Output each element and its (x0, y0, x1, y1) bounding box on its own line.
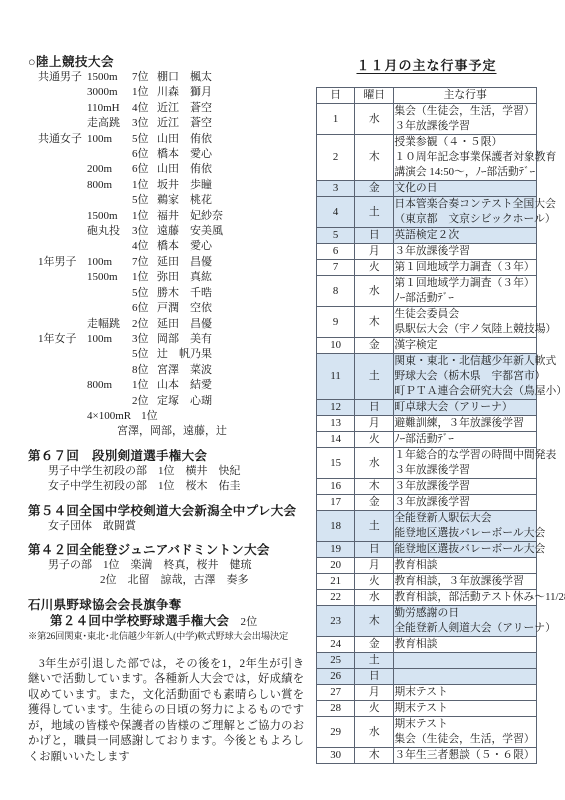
result-row: 1年男子100m7位延田 昌優 (28, 255, 306, 270)
schedule-row: 29水期末テスト集会（生徒会，生活，学習） (317, 717, 537, 748)
events-cell: 期末テスト (394, 685, 537, 701)
event-cell (87, 301, 132, 316)
header-day: 日 (317, 88, 355, 104)
rank-cell: 5位 (132, 286, 157, 301)
result-row: 2位定塚 心瑚 (28, 394, 306, 409)
event-line: 生徒会委員会 (394, 307, 536, 322)
result-row: 共通男子1500m7位棚口 楓太 (28, 70, 306, 85)
event-line: 文化の日 (394, 181, 536, 196)
rank-cell: 6位 (132, 301, 157, 316)
result-row: 1年女子100m3位岡部 美有 (28, 332, 306, 347)
result-row: 1500m1位福井 妃紗奈 (28, 209, 306, 224)
schedule-row: 13月避難訓練，３年放課後学習 (317, 416, 537, 432)
event-line: 英語検定２次 (394, 228, 536, 243)
name-cell: 山本 結愛 (157, 378, 306, 393)
event-cell: 100m (87, 132, 132, 147)
events-cell: 生徒会委員会県駅伝大会（宇ノ気陸上競技場） (394, 307, 537, 338)
weekday-cell: 水 (355, 104, 394, 135)
event-cell: 走高跳 (87, 116, 132, 131)
weekday-cell: 金 (355, 637, 394, 653)
rank-cell: 5位 (132, 193, 157, 208)
schedule-header-row: 日 曜日 主な行事 (317, 88, 537, 104)
name-cell: 戸潤 空依 (157, 301, 306, 316)
newsletter-page: ○陸上競技大会 共通男子1500m7位棚口 楓太3000m1位川森 獅月110m… (0, 0, 565, 800)
result-row: 1500m1位弥田 真紘 (28, 270, 306, 285)
day-cell: 18 (317, 511, 355, 542)
weekday-cell: 月 (355, 244, 394, 260)
day-cell: 22 (317, 590, 355, 606)
result-row: 4位橋本 愛心 (28, 239, 306, 254)
rank-cell: 7位 (132, 255, 157, 270)
day-cell: 7 (317, 260, 355, 276)
weekday-cell: 木 (355, 479, 394, 495)
section-kendo-niigata: 第５４回全国中学校剣道大会新潟全中プレ大会 女子団体 敢闘賞 (28, 503, 306, 534)
name-cell: 弥田 真紘 (157, 270, 306, 285)
events-cell: 関東・東北・北信越少年新人軟式野球大会（栃木県 宇都宮市）町ＰＴＡ連合会研究大会… (394, 354, 537, 400)
event-cell: 800m (87, 378, 132, 393)
event-cell (87, 394, 132, 409)
group-cell (38, 301, 87, 316)
rank-cell: 7位 (132, 70, 157, 85)
name-cell: 近江 蒼空 (157, 101, 306, 116)
event-line: 野球大会（栃木県 宇都宮市） (394, 369, 536, 384)
group-cell: 共通女子 (38, 132, 87, 147)
group-cell: 共通男子 (38, 70, 87, 85)
weekday-cell: 月 (355, 558, 394, 574)
events-cell: 期末テスト集会（生徒会，生活，学習） (394, 717, 537, 748)
day-cell: 23 (317, 606, 355, 637)
schedule-row: 20月教育相談 (317, 558, 537, 574)
schedule-row: 26日 (317, 669, 537, 685)
group-cell (38, 378, 87, 393)
baseball-note: ※第26回関東･東北･北信越少年新人(中学)軟式野球大会出場決定 (28, 630, 306, 644)
event-line: 集会（生徒会，生活，学習） (394, 732, 536, 747)
event-line: １０周年記念事業保護者対象教育 (394, 150, 536, 165)
events-cell: １年総合的な学習の時間中間発表３年放課後学習 (394, 448, 537, 479)
schedule-table: 日 曜日 主な行事 1水集会（生徒会，生活，学習）３年放課後学習2木授業参観（４… (316, 87, 537, 764)
schedule-row: 9木生徒会委員会県駅伝大会（宇ノ気陸上競技場） (317, 307, 537, 338)
event-cell: 砲丸投 (87, 224, 132, 239)
result-row: 5位勝木 千晧 (28, 286, 306, 301)
event-cell: 200m (87, 162, 132, 177)
rank-cell: 2位 (132, 394, 157, 409)
weekday-cell: 金 (355, 338, 394, 354)
name-cell: 定塚 心瑚 (157, 394, 306, 409)
events-cell: 第１回地域学力調査（３年） (394, 260, 537, 276)
event-line: １年総合的な学習の時間中間発表 (394, 448, 536, 463)
schedule-row: 14火ﾉｰ部活動ﾃﾞｰ (317, 432, 537, 448)
name-cell: 延田 昌優 (157, 255, 306, 270)
group-cell (38, 347, 87, 362)
rank-cell: 1位 (132, 85, 157, 100)
result-row: 走幅跳2位延田 昌優 (28, 317, 306, 332)
weekday-cell: 水 (355, 717, 394, 748)
weekday-cell: 木 (355, 135, 394, 181)
day-cell: 13 (317, 416, 355, 432)
result-row: 5位辻 帆乃果 (28, 347, 306, 362)
schedule-row: 2木授業参観（４・５限）１０周年記念事業保護者対象教育講演会 14:50～，ﾉｰ… (317, 135, 537, 181)
name-cell: 岡部 美有 (157, 332, 306, 347)
event-line: 教育相談 (394, 558, 536, 573)
event-line: 町卓球大会（アリーナ） (394, 400, 536, 415)
rank-cell: 4位 (132, 239, 157, 254)
name-cell: 遠藤 安美風 (157, 224, 306, 239)
event-cell (87, 239, 132, 254)
rank-cell: 3位 (132, 332, 157, 347)
event-cell: 1500m (87, 270, 132, 285)
rank-cell: 5位 (132, 347, 157, 362)
schedule-row: 24金教育相談 (317, 637, 537, 653)
event-cell (87, 286, 132, 301)
events-cell: 英語検定２次 (394, 228, 537, 244)
day-cell: 3 (317, 181, 355, 197)
group-cell: 1年男子 (38, 255, 87, 270)
event-line: 期末テスト (394, 701, 536, 716)
schedule-column: １１月の主な行事予定 日 曜日 主な行事 1水集会（生徒会，生活，学習）３年放課… (316, 56, 537, 764)
day-cell: 25 (317, 653, 355, 669)
result-row: 800m1位坂井 歩瞳 (28, 178, 306, 193)
event-line: （東京都 文京シビックホール） (394, 212, 536, 227)
events-cell: ３年放課後学習 (394, 244, 537, 260)
name-cell: 辻 帆乃果 (157, 347, 306, 362)
events-cell: 全能登新人駅伝大会能登地区選抜バレーボール大会 (394, 511, 537, 542)
result-line: 男子の部 1位 楽満 柊真，桜井 健琉 (28, 558, 306, 573)
events-cell: 教育相談 (394, 637, 537, 653)
schedule-row: 3金文化の日 (317, 181, 537, 197)
schedule-row: 16木３年放課後学習 (317, 479, 537, 495)
group-cell (38, 363, 87, 378)
day-cell: 15 (317, 448, 355, 479)
section-kendo-dan: 第６７回 段別剣道選手権大会 男子中学生初段の部 1位 横井 快紀 女子中学生初… (28, 448, 306, 495)
event-line: 全能登新人駅伝大会 (394, 511, 536, 526)
result-row: 3000m1位川森 獅月 (28, 85, 306, 100)
header-events: 主な行事 (394, 88, 537, 104)
schedule-row: 30木３年生三者懇談（５・６限） (317, 748, 537, 764)
event-line: ３年放課後学習 (394, 244, 536, 259)
rank-cell: 1位 (132, 209, 157, 224)
weekday-cell: 月 (355, 416, 394, 432)
result-line: 男子中学生初段の部 1位 横井 快紀 (28, 464, 306, 479)
event-cell: 1500m (87, 209, 132, 224)
athletics-heading: ○陸上競技大会 (28, 54, 306, 70)
event-line: 全能登新人剣道大会（アリーナ） (394, 621, 536, 636)
day-cell: 5 (317, 228, 355, 244)
schedule-row: 10金漢字検定 (317, 338, 537, 354)
schedule-row: 17金３年放課後学習 (317, 495, 537, 511)
event-line: 県駅伝大会（宇ノ気陸上競技場） (394, 322, 536, 337)
schedule-row: 8水第１回地域学力調査（３年）ﾉｰ部活動ﾃﾞｰ (317, 276, 537, 307)
event-line: ３年生三者懇談（５・６限） (394, 748, 536, 763)
events-cell (394, 653, 537, 669)
events-cell: 集会（生徒会，生活，学習）３年放課後学習 (394, 104, 537, 135)
event-line: 第１回地域学力調査（３年） (394, 260, 536, 275)
schedule-title: １１月の主な行事予定 (316, 56, 537, 76)
events-cell: 勤労感謝の日全能登新人剣道大会（アリーナ） (394, 606, 537, 637)
day-cell: 27 (317, 685, 355, 701)
weekday-cell: 水 (355, 448, 394, 479)
name-cell: 鵜家 桃花 (157, 193, 306, 208)
rank-cell: 8位 (132, 363, 157, 378)
section-badminton: 第４２回全能登ジュニアバドミントン大会 男子の部 1位 楽満 柊真，桜井 健琉 … (28, 542, 306, 589)
event-line: 能登地区選抜バレーボール大会 (394, 526, 536, 541)
day-cell: 8 (317, 276, 355, 307)
event-cell (87, 193, 132, 208)
result-row: 110mH4位近江 蒼空 (28, 101, 306, 116)
name-cell: 棚口 楓太 (157, 70, 306, 85)
rank-cell: 1位 (132, 178, 157, 193)
day-cell: 24 (317, 637, 355, 653)
result-line: 女子中学生初段の部 1位 桜木 佑圭 (28, 479, 306, 494)
day-cell: 17 (317, 495, 355, 511)
event-cell (87, 147, 132, 162)
events-cell: 文化の日 (394, 181, 537, 197)
result-row: 200m6位山田 侑依 (28, 162, 306, 177)
result-line: 2位 北留 諒哉，古澤 奏多 (28, 573, 306, 588)
result-row: 6位橋本 愛心 (28, 147, 306, 162)
schedule-row: 6月３年放課後学習 (317, 244, 537, 260)
group-cell (38, 224, 87, 239)
event-line: ３年放課後学習 (394, 479, 536, 494)
event-line: ﾉｰ部活動ﾃﾞｰ (394, 291, 536, 306)
event-line: ３年放課後学習 (394, 495, 536, 510)
athletics-results: 共通男子1500m7位棚口 楓太3000m1位川森 獅月110mH4位近江 蒼空… (28, 70, 306, 409)
events-cell: 教育相談，３年放課後学習 (394, 574, 537, 590)
baseball-tournament-name: 第２４回中学校野球選手権大会 (50, 614, 229, 628)
name-cell: 勝木 千晧 (157, 286, 306, 301)
schedule-row: 18土全能登新人駅伝大会能登地区選抜バレーボール大会 (317, 511, 537, 542)
event-cell: 3000m (87, 85, 132, 100)
day-cell: 16 (317, 479, 355, 495)
result-row: 共通女子100m5位山田 侑依 (28, 132, 306, 147)
name-cell: 橋本 愛心 (157, 239, 306, 254)
event-line: ３年放課後学習 (394, 119, 536, 134)
name-cell: 山田 侑依 (157, 162, 306, 177)
event-line: 教育相談，３年放課後学習 (394, 574, 536, 589)
weekday-cell: 日 (355, 542, 394, 558)
rank-cell: 1位 (132, 270, 157, 285)
day-cell: 12 (317, 400, 355, 416)
weekday-cell: 火 (355, 574, 394, 590)
weekday-cell: 金 (355, 495, 394, 511)
group-cell (38, 317, 87, 332)
group-cell (38, 286, 87, 301)
day-cell: 19 (317, 542, 355, 558)
events-cell: ﾉｰ部活動ﾃﾞｰ (394, 432, 537, 448)
group-cell (38, 178, 87, 193)
name-cell: 福井 妃紗奈 (157, 209, 306, 224)
baseball-result: 2位 (229, 616, 257, 628)
name-cell: 橋本 愛心 (157, 147, 306, 162)
weekday-cell: 火 (355, 701, 394, 717)
group-cell (38, 147, 87, 162)
header-weekday: 曜日 (355, 88, 394, 104)
name-cell: 延田 昌優 (157, 317, 306, 332)
schedule-row: 21火教育相談，３年放課後学習 (317, 574, 537, 590)
day-cell: 1 (317, 104, 355, 135)
event-line: 期末テスト (394, 685, 536, 700)
day-cell: 6 (317, 244, 355, 260)
name-cell: 坂井 歩瞳 (157, 178, 306, 193)
events-cell: 漢字検定 (394, 338, 537, 354)
weekday-cell: 水 (355, 590, 394, 606)
day-cell: 2 (317, 135, 355, 181)
day-cell: 30 (317, 748, 355, 764)
event-line: 避難訓練，３年放課後学習 (394, 416, 536, 431)
schedule-row: 5日英語検定２次 (317, 228, 537, 244)
name-cell: 宮澤 菜波 (157, 363, 306, 378)
events-cell: 日本管楽合奏コンテスト全国大会（東京都 文京シビックホール） (394, 197, 537, 228)
event-line: 町ＰＴＡ連合会研究大会（鳥屋小） (394, 384, 536, 399)
schedule-row: 1水集会（生徒会，生活，学習）３年放課後学習 (317, 104, 537, 135)
rank-cell: 3位 (132, 224, 157, 239)
group-cell (38, 270, 87, 285)
day-cell: 28 (317, 701, 355, 717)
event-line: ３年放課後学習 (394, 463, 536, 478)
group-cell (38, 162, 87, 177)
rank-cell: 1位 (132, 378, 157, 393)
group-cell (38, 394, 87, 409)
day-cell: 4 (317, 197, 355, 228)
group-cell (38, 209, 87, 224)
day-cell: 11 (317, 354, 355, 400)
weekday-cell: 土 (355, 653, 394, 669)
event-cell: 100m (87, 255, 132, 270)
event-line: 関東・東北・北信越少年新人軟式 (394, 354, 536, 369)
weekday-cell: 木 (355, 748, 394, 764)
closing-paragraph: 3年生が引退した部では，その後を1，2年生が引き継いで活動しています。各種新人大… (28, 657, 304, 766)
events-cell (394, 669, 537, 685)
event-cell (87, 363, 132, 378)
relay-rank: 1位 (141, 409, 158, 424)
section-subheading: 第２４回中学校野球選手権大会 2位 (28, 613, 306, 630)
result-line: 女子団体 敢闘賞 (28, 519, 306, 534)
event-line: 期末テスト (394, 717, 536, 732)
schedule-row: 19日能登地区選抜バレーボール大会 (317, 542, 537, 558)
rank-cell: 4位 (132, 101, 157, 116)
relay-members: 宮澤，岡部，遠藤，辻 (28, 424, 306, 439)
result-row: 8位宮澤 菜波 (28, 363, 306, 378)
events-cell: ３年放課後学習 (394, 495, 537, 511)
name-cell: 山田 侑依 (157, 132, 306, 147)
result-row: 砲丸投3位遠藤 安美風 (28, 224, 306, 239)
event-cell: 110mH (87, 101, 132, 116)
day-cell: 10 (317, 338, 355, 354)
event-cell (87, 347, 132, 362)
events-cell: 能登地区選抜バレーボール大会 (394, 542, 537, 558)
group-cell (38, 193, 87, 208)
weekday-cell: 土 (355, 197, 394, 228)
events-cell: 教育相談，部活動テスト休み～11/28 (394, 590, 537, 606)
rank-cell: 2位 (132, 317, 157, 332)
group-cell (38, 239, 87, 254)
result-row: 6位戸潤 空依 (28, 301, 306, 316)
schedule-row: 12日町卓球大会（アリーナ） (317, 400, 537, 416)
weekday-cell: 木 (355, 606, 394, 637)
event-line: 教育相談 (394, 637, 536, 652)
event-line: 集会（生徒会，生活，学習） (394, 104, 536, 119)
section-heading: 第４２回全能登ジュニアバドミントン大会 (28, 542, 306, 558)
section-heading: 石川県野球協会会長旗争奪 (28, 597, 306, 613)
schedule-row: 15水１年総合的な学習の時間中間発表３年放課後学習 (317, 448, 537, 479)
schedule-row: 28火期末テスト (317, 701, 537, 717)
events-cell: 第１回地域学力調査（３年）ﾉｰ部活動ﾃﾞｰ (394, 276, 537, 307)
event-line: 講演会 14:50～，ﾉｰ部活動ﾃﾞｰ (394, 165, 536, 180)
weekday-cell: 木 (355, 307, 394, 338)
events-cell: 授業参観（４・５限）１０周年記念事業保護者対象教育講演会 14:50～，ﾉｰ部活… (394, 135, 537, 181)
day-cell: 26 (317, 669, 355, 685)
events-cell: ３年放課後学習 (394, 479, 537, 495)
weekday-cell: 土 (355, 511, 394, 542)
event-cell: 走幅跳 (87, 317, 132, 332)
day-cell: 20 (317, 558, 355, 574)
rank-cell: 6位 (132, 147, 157, 162)
weekday-cell: 水 (355, 276, 394, 307)
weekday-cell: 火 (355, 260, 394, 276)
schedule-row: 25土 (317, 653, 537, 669)
day-cell: 29 (317, 717, 355, 748)
events-cell: ３年生三者懇談（５・６限） (394, 748, 537, 764)
section-heading: 第６７回 段別剣道選手権大会 (28, 448, 306, 464)
event-line: ﾉｰ部活動ﾃﾞｰ (394, 432, 536, 447)
name-cell: 近江 蒼空 (157, 116, 306, 131)
group-cell (38, 116, 87, 131)
day-cell: 21 (317, 574, 355, 590)
group-cell (38, 85, 87, 100)
events-cell: 町卓球大会（アリーナ） (394, 400, 537, 416)
weekday-cell: 月 (355, 685, 394, 701)
events-cell: 教育相談 (394, 558, 537, 574)
result-row: 走高跳3位近江 蒼空 (28, 116, 306, 131)
event-cell: 1500m (87, 70, 132, 85)
schedule-row: 27月期末テスト (317, 685, 537, 701)
relay-event: 4×100mR (87, 409, 131, 424)
weekday-cell: 日 (355, 669, 394, 685)
event-line: 第１回地域学力調査（３年） (394, 276, 536, 291)
events-cell: 避難訓練，３年放課後学習 (394, 416, 537, 432)
day-cell: 14 (317, 432, 355, 448)
section-heading: 第５４回全国中学校剣道大会新潟全中プレ大会 (28, 503, 306, 519)
event-line: 漢字検定 (394, 338, 536, 353)
schedule-row: 4土日本管楽合奏コンテスト全国大会（東京都 文京シビックホール） (317, 197, 537, 228)
event-cell: 100m (87, 332, 132, 347)
event-line: 勤労感謝の日 (394, 606, 536, 621)
results-column: ○陸上競技大会 共通男子1500m7位棚口 楓太3000m1位川森 獅月110m… (28, 54, 306, 765)
event-line: 教育相談，部活動テスト休み～11/28 (394, 590, 536, 605)
group-cell (38, 101, 87, 116)
section-baseball: 石川県野球協会会長旗争奪 第２４回中学校野球選手権大会 2位 ※第26回関東･東… (28, 597, 306, 644)
rank-cell: 5位 (132, 132, 157, 147)
events-cell: 期末テスト (394, 701, 537, 717)
event-line: 能登地区選抜バレーボール大会 (394, 542, 536, 557)
schedule-row: 23木勤労感謝の日全能登新人剣道大会（アリーナ） (317, 606, 537, 637)
schedule-row: 11土関東・東北・北信越少年新人軟式野球大会（栃木県 宇都宮市）町ＰＴＡ連合会研… (317, 354, 537, 400)
rank-cell: 3位 (132, 116, 157, 131)
group-cell: 1年女子 (38, 332, 87, 347)
schedule-row: 7火第１回地域学力調査（３年） (317, 260, 537, 276)
relay-result-row: 4×100mR 1位 (28, 409, 306, 424)
rank-cell: 6位 (132, 162, 157, 177)
result-row: 5位鵜家 桃花 (28, 193, 306, 208)
event-line: 日本管楽合奏コンテスト全国大会 (394, 197, 536, 212)
weekday-cell: 金 (355, 181, 394, 197)
weekday-cell: 土 (355, 354, 394, 400)
schedule-row: 22水教育相談，部活動テスト休み～11/28 (317, 590, 537, 606)
day-cell: 9 (317, 307, 355, 338)
event-cell: 800m (87, 178, 132, 193)
result-row: 800m1位山本 結愛 (28, 378, 306, 393)
name-cell: 川森 獅月 (157, 85, 306, 100)
weekday-cell: 日 (355, 400, 394, 416)
